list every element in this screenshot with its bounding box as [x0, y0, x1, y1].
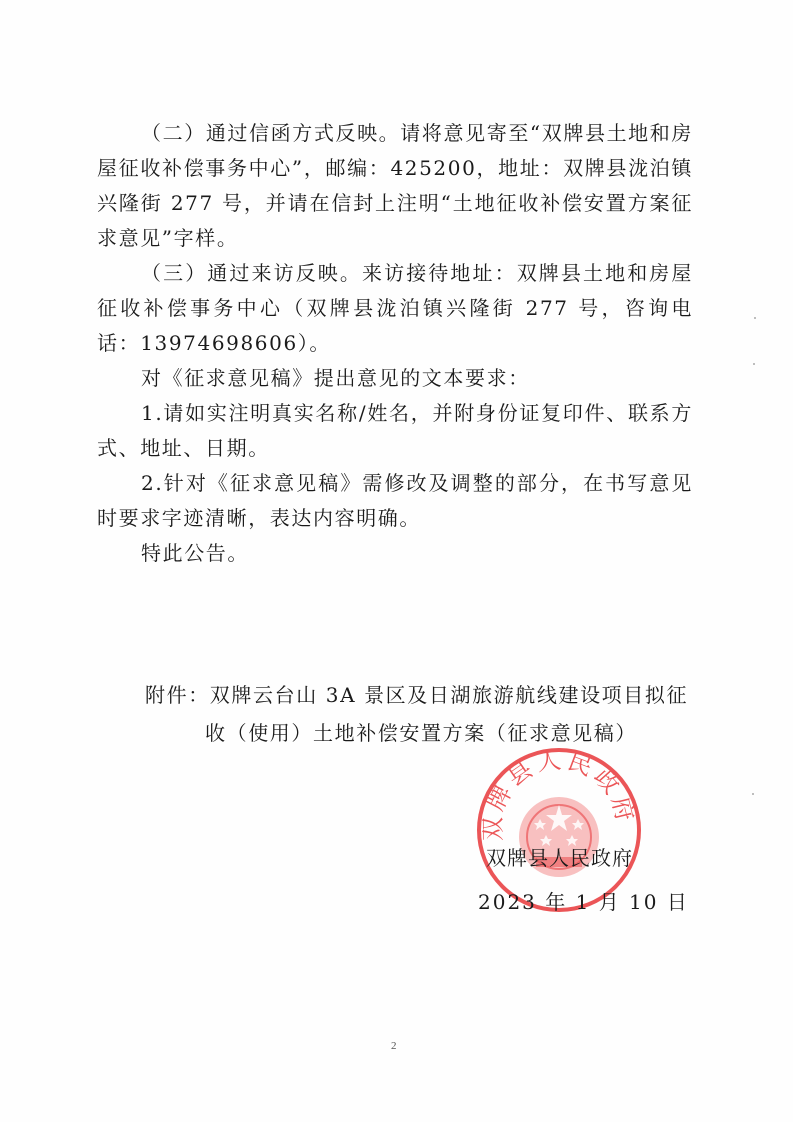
signing-date: 2023 年 1 月 10 日	[478, 880, 700, 924]
paragraph-visit-feedback: （三）通过来访反映。来访接待地址：双牌县土地和房屋征收补偿事务中心（双牌县泷泊镇…	[97, 256, 693, 361]
paragraph-letter-feedback: （二）通过信函方式反映。请将意见寄至“双牌县土地和房屋征收补偿事务中心”，邮编：…	[97, 116, 693, 256]
attachment-note: 附件：双牌云台山 3A 景区及日湖旅游航线建设项目拟征 收（使用）土地补偿安置方…	[145, 676, 695, 752]
scan-speck	[754, 317, 756, 319]
scan-speck	[752, 793, 754, 795]
paragraph-text-requirements-heading: 对《征求意见稿》提出意见的文本要求：	[97, 361, 693, 396]
paragraph-requirement-1: 1.请如实注明真实名称/姓名，并附身份证复印件、联系方式、地址、日期。	[97, 396, 693, 466]
page-number: 2	[391, 1040, 397, 1052]
signing-organization: 双牌县人民政府	[480, 836, 700, 880]
paragraph-closing: 特此公告。	[97, 536, 693, 571]
scan-speck	[753, 363, 755, 365]
signature-block: 双牌县人民政府 2023 年 1 月 10 日	[480, 836, 700, 924]
paragraph-requirement-2: 2.针对《征求意见稿》需修改及调整的部分，在书写意见时要求字迹清晰，表达内容明确…	[97, 466, 693, 536]
document-body: （二）通过信函方式反映。请将意见寄至“双牌县土地和房屋征收补偿事务中心”，邮编：…	[97, 116, 693, 571]
attachment-line-1: 附件：双牌云台山 3A 景区及日湖旅游航线建设项目拟征	[145, 683, 688, 707]
document-page: （二）通过信函方式反映。请将意见寄至“双牌县土地和房屋征收补偿事务中心”，邮编：…	[0, 0, 793, 1122]
